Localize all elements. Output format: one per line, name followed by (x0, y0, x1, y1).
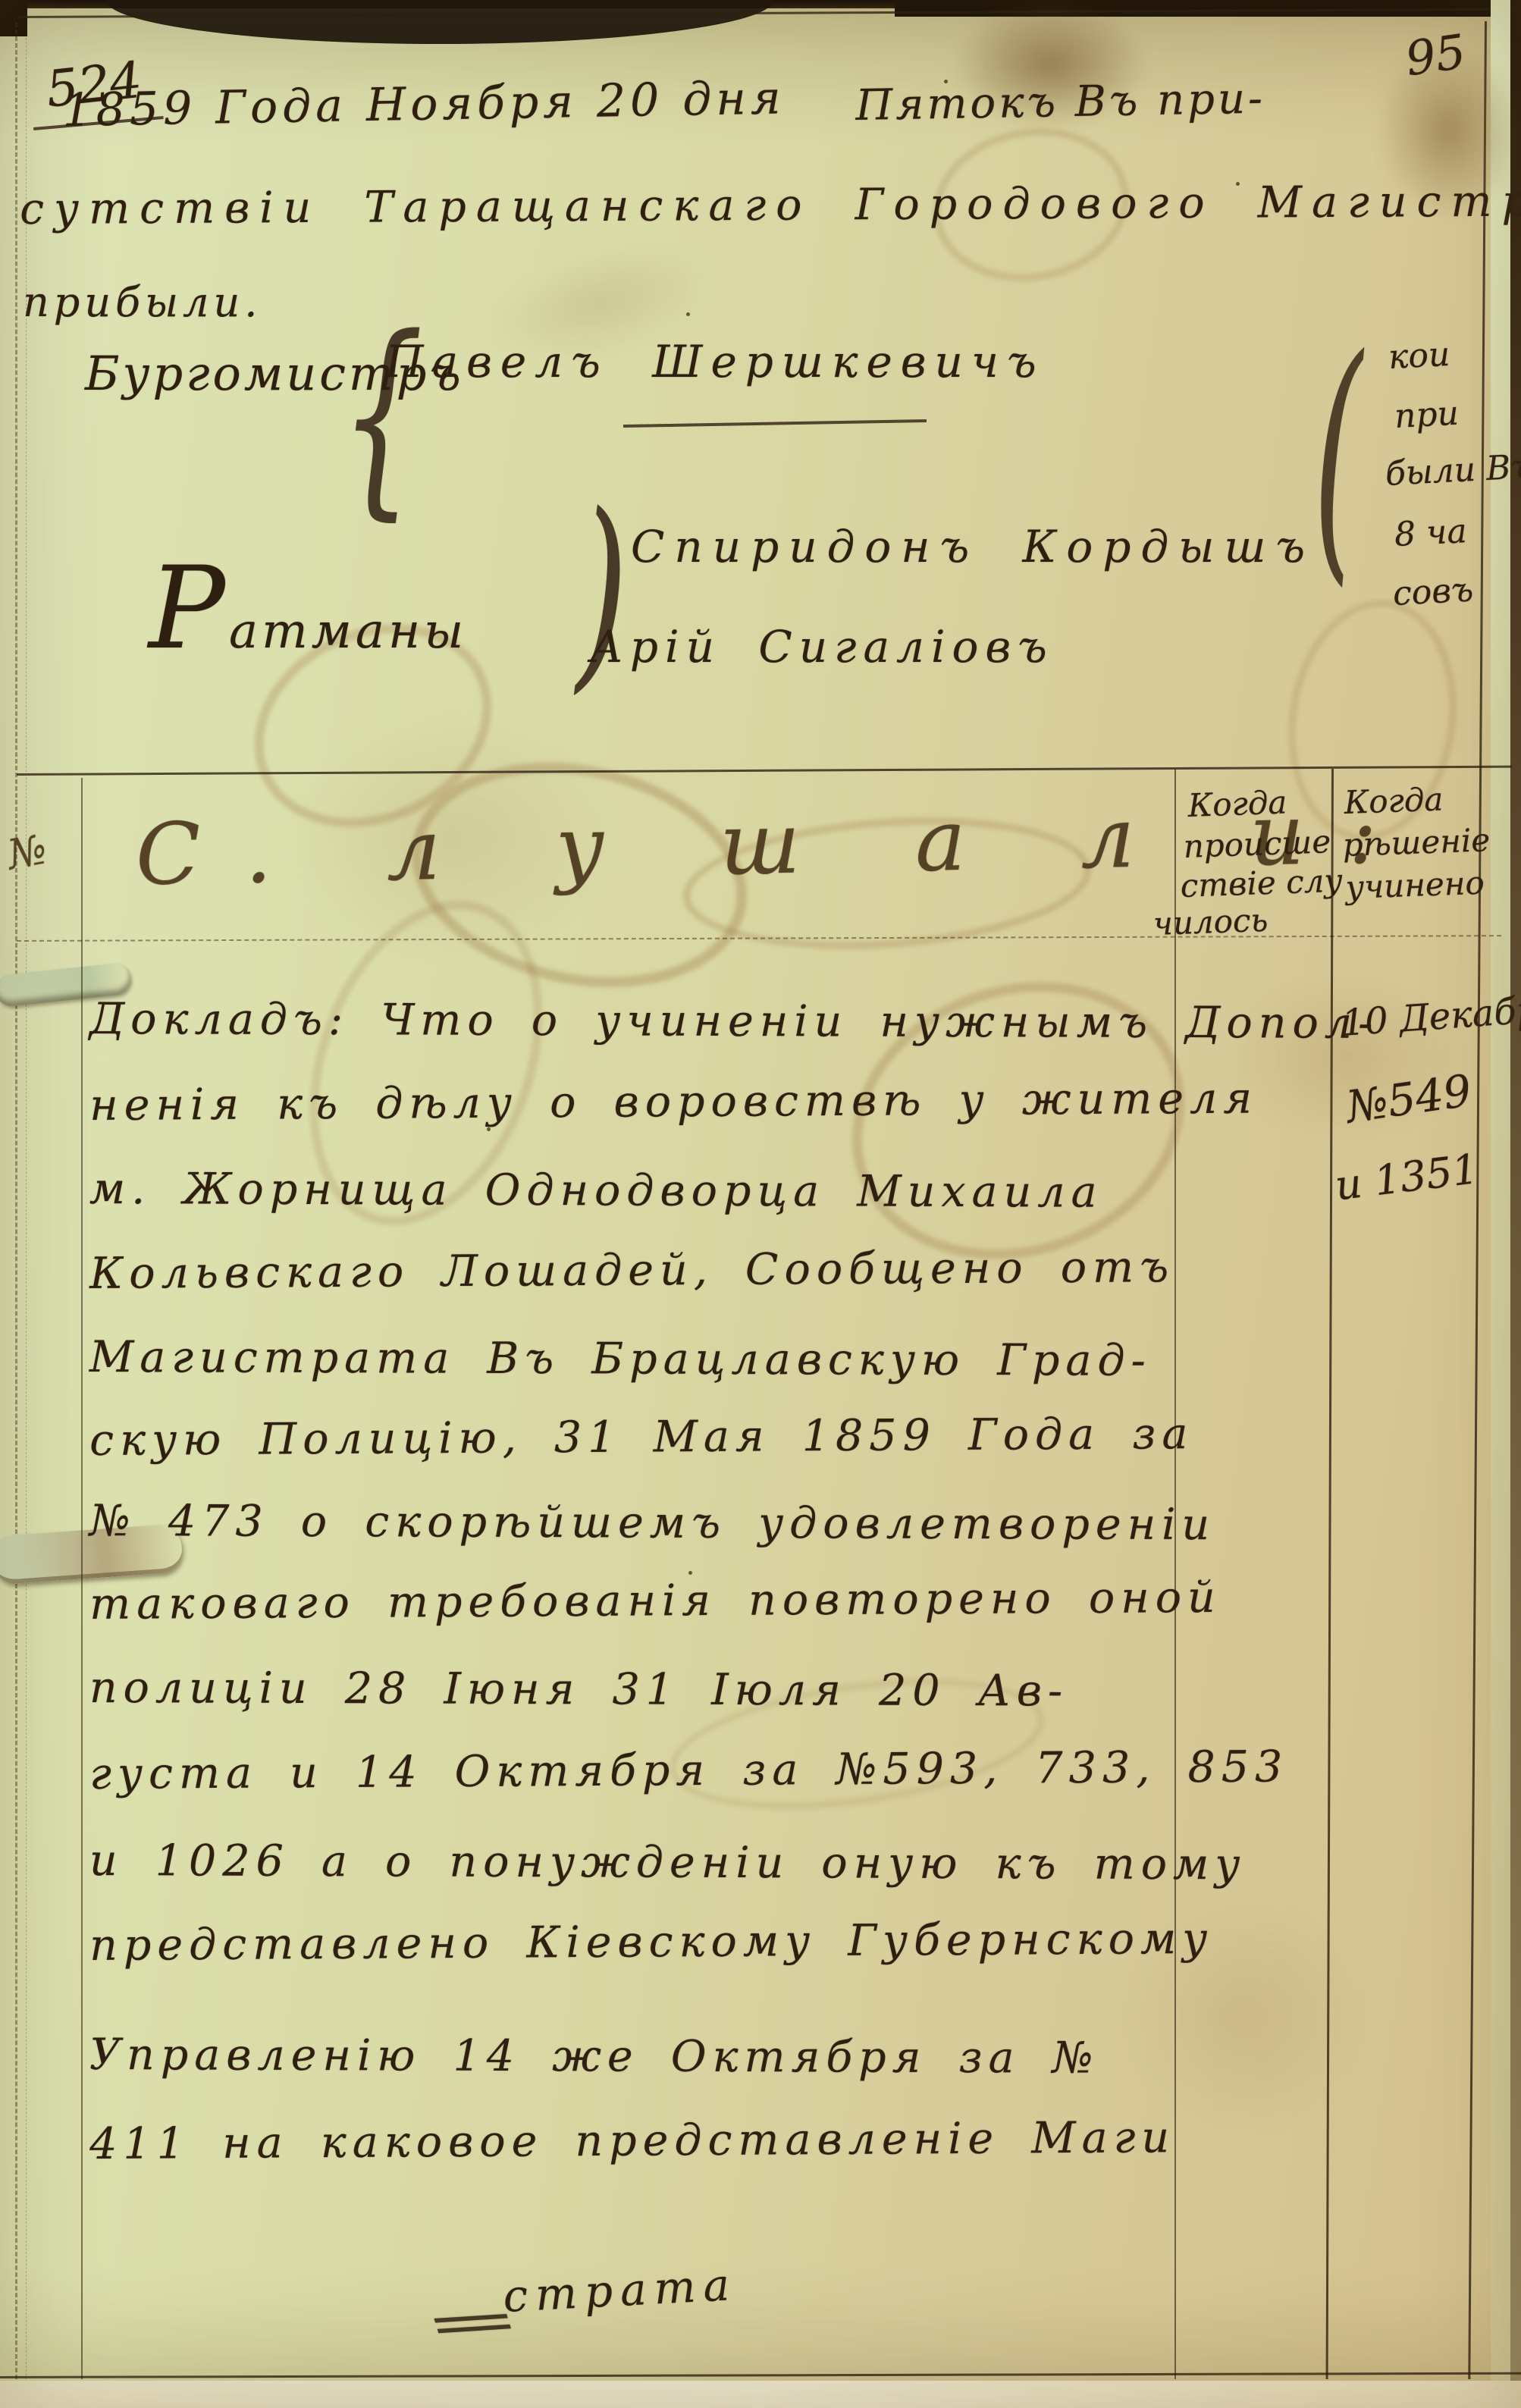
margin-date-entry: 10 Декабря (1341, 990, 1521, 1042)
body-line: Кольвскаго Лошадей, Сообщено отъ (89, 1246, 1174, 1296)
margin-note-line: кои (1388, 338, 1450, 375)
top-shadow-arc (106, 0, 773, 44)
ink-speck (1236, 182, 1240, 186)
left-margin-line-2 (26, 23, 27, 2379)
ink-speck (944, 80, 948, 83)
body-line: № 473 о скорѣйшемъ удовлетвореніи (89, 1500, 1215, 1547)
next-page-edge (1510, 0, 1521, 2408)
page-bottom-line (0, 2372, 1521, 2378)
when-resolved-header-line: учинено (1345, 867, 1485, 904)
when-happened-header-line: Когда (1187, 786, 1287, 822)
table-col-line-number (81, 778, 83, 2379)
margin-number-entry: №549 (1344, 1068, 1474, 1129)
body-line: Докладъ: Что о учиненіи нужнымъ Допол- (89, 998, 1379, 1046)
header-line-3: прибыли. (23, 282, 262, 323)
role-ratmany: Ратманы (149, 578, 467, 656)
top-left-shadow (0, 0, 27, 36)
margin-note-line: 8 ча (1394, 515, 1468, 552)
scanned-document-page: 524 95 1859 Года Ноября 20 дня Пятокъ Въ… (0, 0, 1521, 2408)
body-line: и 1026 а о понужденіи оную къ тому (89, 1839, 1247, 1886)
page-edge-gap (1491, 0, 1510, 2408)
name-arij-sigaliov: Арій Сигаліовъ (590, 625, 1054, 669)
margin-number-entry: и 1351 (1333, 1149, 1481, 1207)
body-line: м. Жорнища Однодворца Михаила (89, 1168, 1103, 1215)
bottom-page-edge (0, 2381, 1521, 2408)
body-line: полиціи 28 Іюня 31 Іюля 20 Ав- (89, 1666, 1069, 1714)
ink-speck (686, 312, 690, 316)
left-margin-line (15, 23, 17, 2379)
body-line: ненія къ дѣлу о воровствѣ у жителя (89, 1077, 1258, 1127)
body-line: таковаго требованія повторено оной (89, 1576, 1222, 1626)
body-line: 411 на каковое представленіе Маги (89, 2116, 1175, 2166)
name-underline (623, 419, 927, 428)
body-line: представлено Кіевскому Губернскому (89, 1917, 1213, 1967)
body-line: Магистрата Въ Брацлавскую Град- (89, 1336, 1152, 1383)
name-spiridon-kordysh: Спиридонъ Кордышъ (631, 525, 1315, 569)
header-weekday: Пятокъ Въ при- (855, 78, 1265, 127)
ink-speck (688, 1571, 692, 1575)
body-line: страта (502, 2262, 738, 2319)
table-header-underline (17, 935, 1501, 942)
body-line: Управленію 14 же Октября за № (89, 2033, 1099, 2080)
when-happened-header-line: чилось (1153, 905, 1269, 940)
page-number-right: 95 (1403, 28, 1469, 83)
margin-note-line: совъ (1392, 573, 1474, 610)
body-line: густа и 14 Октября за №593, 733, 853 (89, 1745, 1288, 1796)
when-happened-header-line: ствіе слу (1180, 865, 1343, 902)
right-edge-line (1468, 21, 1487, 2379)
margin-brace: ( (1313, 325, 1362, 588)
body-line: скую Полицію, 31 Мая 1859 Года за (89, 1413, 1193, 1463)
margin-note-line: при (1394, 397, 1460, 434)
number-column-header: № (5, 829, 50, 876)
header-line-2: сутствіи Таращанскаго Городового Магистр… (20, 180, 1521, 231)
when-resolved-header-line: рѣшеніе (1342, 824, 1491, 861)
when-happened-header-line: происше (1183, 826, 1331, 863)
when-resolved-header-line: Когда (1344, 783, 1444, 819)
ink-speck (487, 1127, 491, 1131)
header-date: 1859 Года Ноября 20 дня (62, 75, 786, 133)
table-top-line (17, 766, 1512, 776)
name-pavel-shershkevich: Павелъ Шершкевичъ (385, 340, 1045, 384)
margin-note-line: были Въ (1385, 450, 1521, 491)
